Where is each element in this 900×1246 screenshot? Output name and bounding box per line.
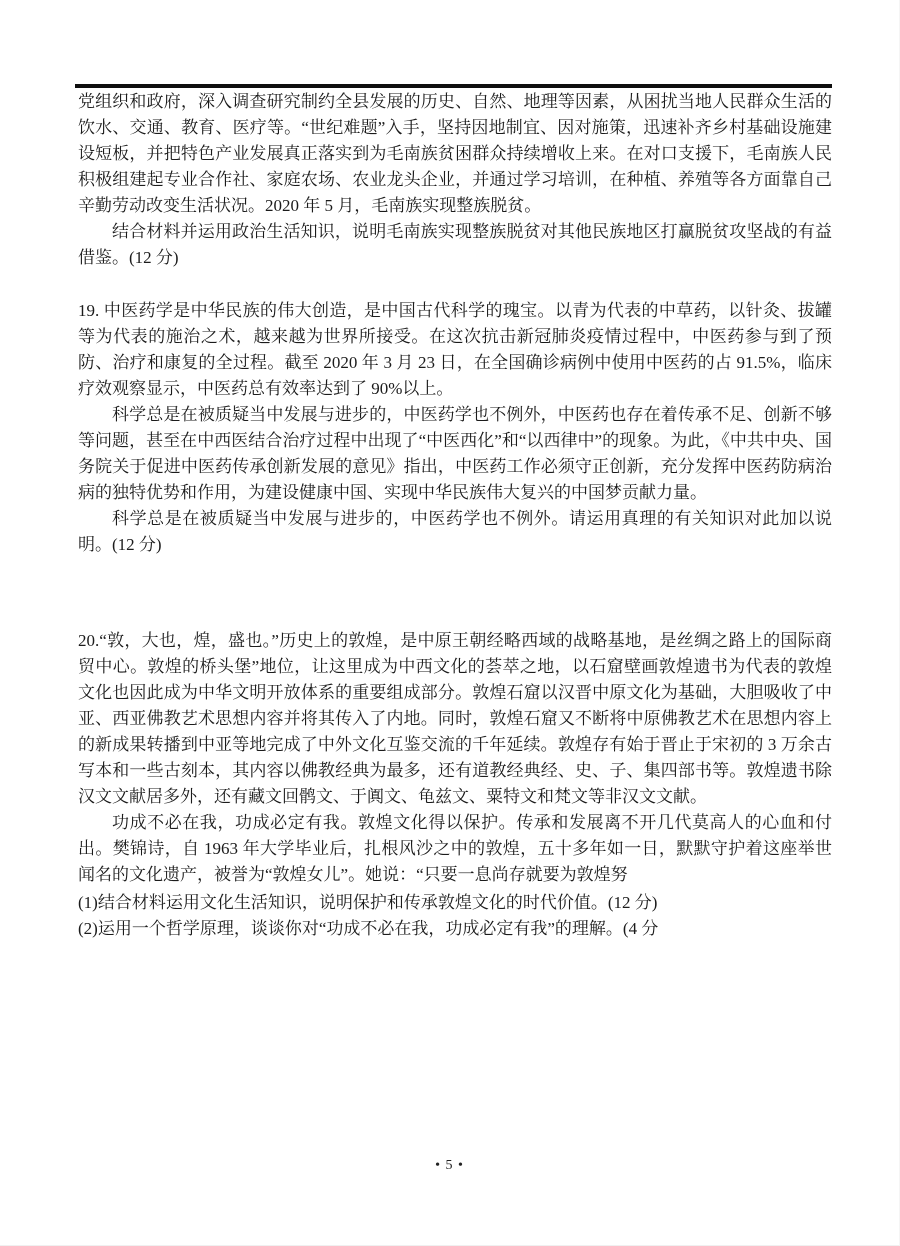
page-content: 党组织和政府，深入调查研究制约全县发展的历史、自然、地理等因素，从困扰当地人民群… xyxy=(78,89,832,942)
q19-material-2: 科学总是在被质疑当中发展与进步的，中医药学也不例外，中医药也存在着传承不足、创新… xyxy=(78,402,832,506)
page-number: • 5 • xyxy=(0,1158,899,1174)
exam-page: 党组织和政府，深入调查研究制约全县发展的历史、自然、地理等因素，从困扰当地人民群… xyxy=(0,0,900,1246)
q19-material-1: 19. 中医药学是中华民族的伟大创造，是中国古代科学的瑰宝。以青为代表的中草药，… xyxy=(78,298,832,402)
header-rule xyxy=(75,84,832,88)
q19-task: 科学总是在被质疑当中发展与进步的，中医药学也不例外。请运用真理的有关知识对此加以… xyxy=(78,506,832,558)
q20-subquestion-1: (1)结合材料运用文化生活知识，说明保护和传承敦煌文化的时代价值。(12 分) xyxy=(78,890,832,916)
q18-task: 结合材料并运用政治生活知识，说明毛南族实现整族脱贫对其他民族地区打赢脱贫攻坚战的… xyxy=(78,219,832,271)
q20-material-1: 20.“敦，大也，煌，盛也。”历史上的敦煌，是中原王朝经略西域的战略基地，是丝绸… xyxy=(78,628,832,810)
q18-material-continued: 党组织和政府，深入调查研究制约全县发展的历史、自然、地理等因素，从困扰当地人民群… xyxy=(78,89,832,219)
q20-material-2: 功成不必在我，功成必定有我。敦煌文化得以保护。传承和发展离不开几代莫高人的心血和… xyxy=(78,810,832,888)
q20-subquestion-2: (2)运用一个哲学原理，谈谈你对“功成不必在我，功成必定有我”的理解。(4 分 xyxy=(78,916,832,942)
